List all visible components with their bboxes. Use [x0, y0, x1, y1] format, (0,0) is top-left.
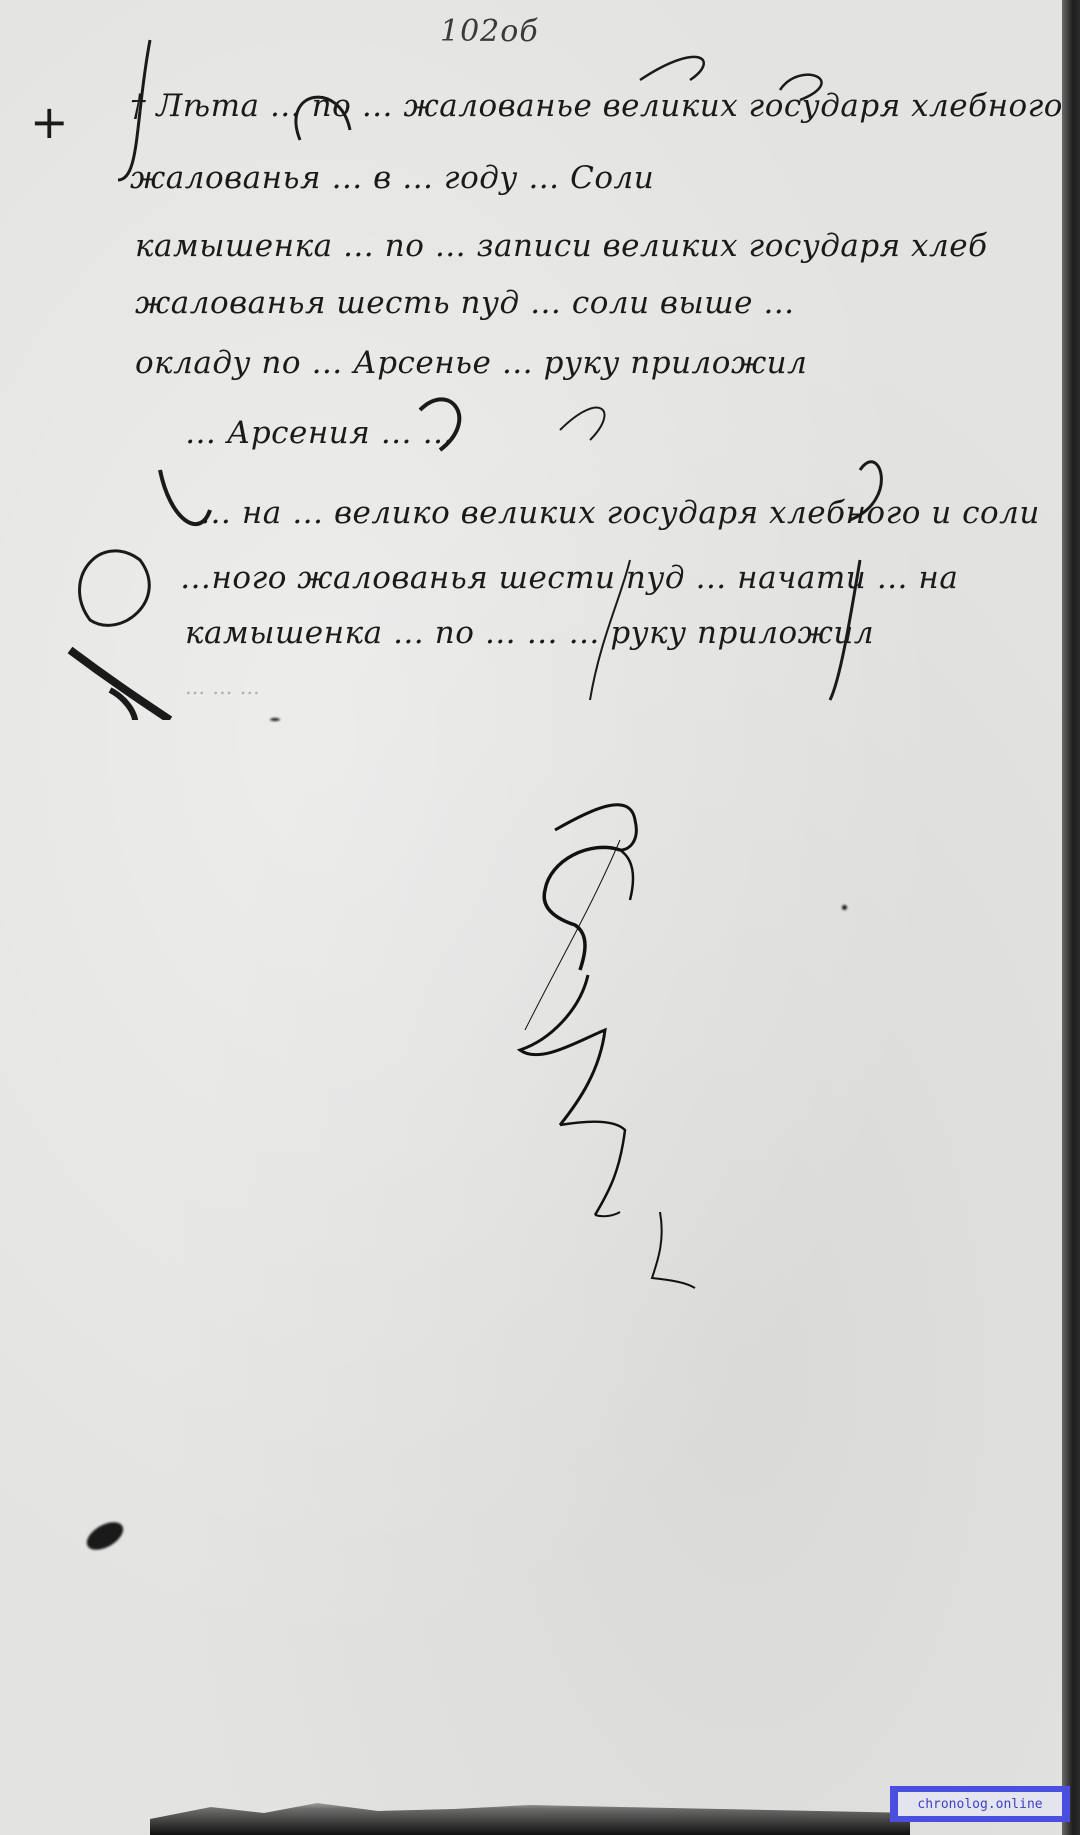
watermark-text: chronolog.online	[898, 1792, 1062, 1816]
watermark-badge: chronolog.online	[890, 1786, 1070, 1822]
torn-bottom-edge	[150, 1795, 910, 1835]
ink-blot	[842, 905, 847, 910]
flourish-strokes	[0, 0, 1062, 720]
filler-squiggle-mark	[480, 780, 740, 1420]
binding-shadow-edge	[1062, 0, 1080, 1835]
manuscript-page: 102об + † Лѣта … по … жалованье великих …	[0, 0, 1062, 1835]
ink-blot	[82, 1516, 128, 1555]
ink-blot	[270, 718, 280, 721]
